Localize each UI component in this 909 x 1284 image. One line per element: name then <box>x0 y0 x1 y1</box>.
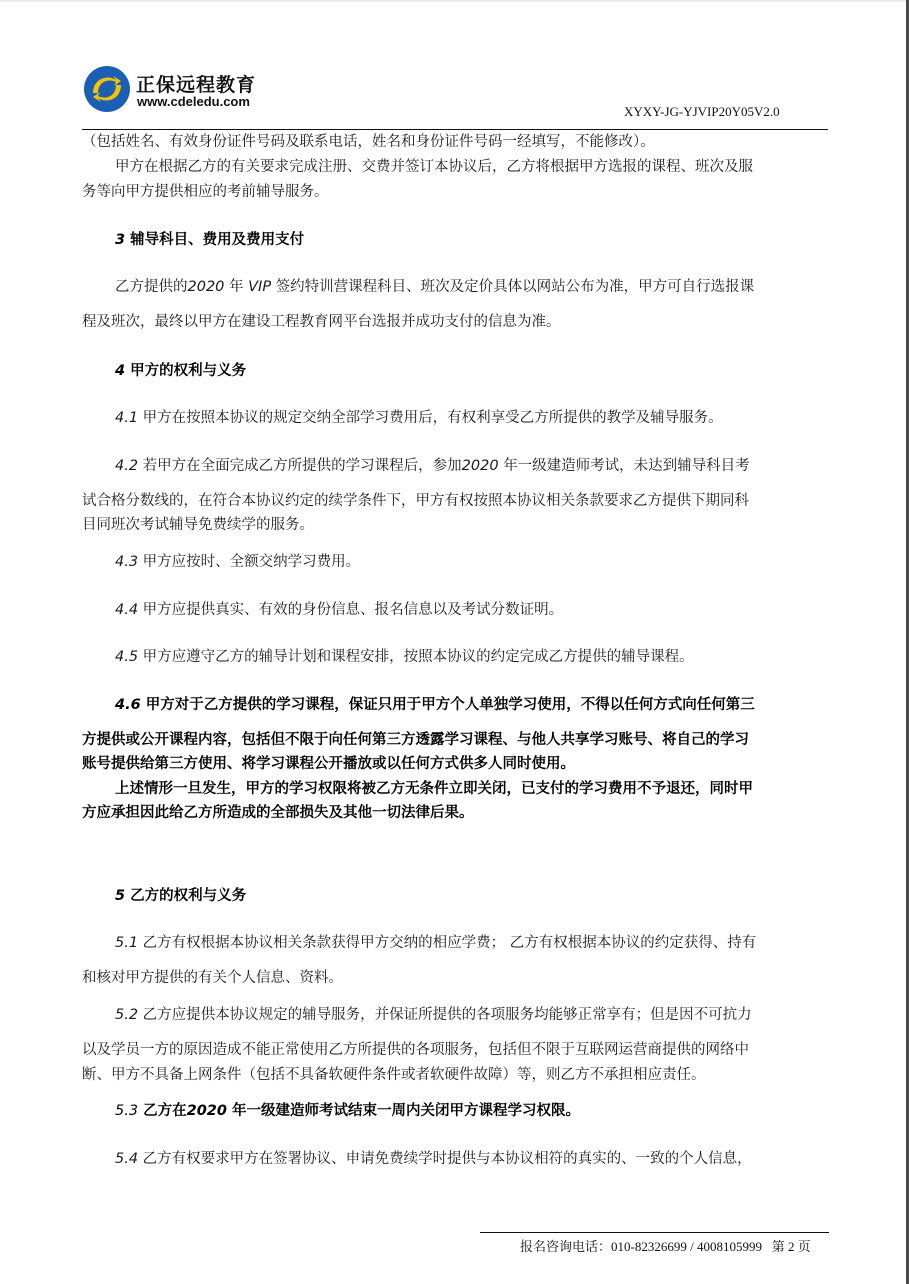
clause-4-2-line-2: 试合格分数线的，在符合本协议约定的续学条件下，甲方有权按照本协议相关条款要求乙方… <box>82 492 749 510</box>
clause-5-4: 5.4 乙方有权要求甲方在签署协议、申请免费续学时提供与本协议相符的真实的、一致… <box>115 1150 752 1168</box>
clause-4-2-line-1: 4.2 若甲方在全面完成乙方所提供的学习课程后，参加2020 年一级建造师考试，… <box>115 457 750 475</box>
section-3-title: 辅导科目、费用及费用支付 <box>130 232 304 248</box>
text-span: 年 <box>229 279 244 295</box>
clause-number: 4.2 <box>115 458 138 474</box>
year-span: 2020 <box>187 1103 227 1119</box>
section-4-title: 甲方的权利与义务 <box>130 363 246 379</box>
clause-4-6-line-2: 方提供或公开课程内容，包括但不限于向任何第三方透露学习课程、与他人共享学习账号、… <box>82 731 749 749</box>
header-divider <box>82 129 828 130</box>
brand-name: 正保远程教育 <box>136 70 256 97</box>
clause-5-1-line-1: 5.1 乙方有权根据本协议相关条款获得甲方交纳的相应学费； 乙方有权根据本协议的… <box>115 934 756 952</box>
vip-span: VIP <box>248 279 271 295</box>
document-code: XYXY-JG-YJVIP20Y05V2.0 <box>624 104 780 120</box>
page-top-strip <box>0 0 906 2</box>
clause-text: 甲方对于乙方提供的学习课程，保证只用于甲方个人单独学习使用，不得以任何方式向任何… <box>146 697 755 713</box>
clause-number: 5.2 <box>115 1007 138 1023</box>
clause-text: 乙方应提供本协议规定的辅导服务，并保证所提供的各项服务均能够正常享有；但是因不可… <box>143 1007 752 1023</box>
clause-5-1-line-2: 和核对甲方提供的有关个人信息、资料。 <box>82 969 343 987</box>
text-span: 乙方提供的 <box>115 279 188 295</box>
brand-url: www.cdeledu.com <box>137 94 250 109</box>
section-3-heading: 3 辅导科目、费用及费用支付 <box>115 231 304 249</box>
clause-5-3: 5.3 乙方在2020 年一级建造师考试结束一周内关闭甲方课程学习权限。 <box>115 1102 580 1120</box>
clause-4-6-line-1: 4.6 甲方对于乙方提供的学习课程，保证只用于甲方个人单独学习使用，不得以任何方… <box>115 696 755 714</box>
clause-text: 甲方应提供真实、有效的身份信息、报名信息以及考试分数证明。 <box>143 602 564 618</box>
section-3-number: 3 <box>115 232 125 248</box>
clause-number: 4.4 <box>115 602 138 618</box>
clause-text: 年一级建造师考试，未达到辅导科目考 <box>503 458 750 474</box>
section-4-number: 4 <box>115 363 125 379</box>
section-5-title: 乙方的权利与义务 <box>130 888 246 904</box>
intro-paragraph-line: （包括姓名、有效身份证件号码及联系电话，姓名和身份证件号码一经填写，不能修改）。 <box>82 133 655 151</box>
clause-number: 4.3 <box>115 554 138 570</box>
cdeledu-logo-icon <box>83 65 131 113</box>
footer-divider <box>480 1232 829 1233</box>
section-3-paragraph-line-2: 程及班次，最终以甲方在建设工程教育网平台选报并成功支付的信息为准。 <box>82 313 561 331</box>
clause-4-5: 4.5 甲方应遵守乙方的辅导计划和课程安排，按照本协议的约定完成乙方提供的辅导课… <box>115 648 694 666</box>
clause-number: 5.1 <box>115 935 138 951</box>
section-5-number: 5 <box>115 888 125 904</box>
clause-5-2-line-1: 5.2 乙方应提供本协议规定的辅导服务，并保证所提供的各项服务均能够正常享有；但… <box>115 1006 752 1024</box>
clause-5-2-line-2: 以及学员一方的原因造成不能正常使用乙方所提供的各项服务，包括但不限于互联网运营商… <box>82 1041 749 1059</box>
year-span: 2020 <box>188 279 225 295</box>
clause-5-2-line-3: 断、甲方不具备上网条件（包括不具备软硬件条件或者软硬件故障）等，则乙方不承担相应… <box>82 1066 706 1084</box>
clause-4-3: 4.3 甲方应按时、全额交纳学习费用。 <box>115 553 360 571</box>
clause-text: 年一级建造师考试结束一周内关闭甲方课程学习权限。 <box>232 1103 580 1119</box>
clause-text: 乙方在 <box>143 1103 187 1119</box>
intro-paragraph-2-line-2: 务等向甲方提供相应的考前辅导服务。 <box>82 183 329 201</box>
year-span: 2020 <box>462 458 499 474</box>
clause-number: 4.6 <box>115 697 141 713</box>
clause-text: 甲方在按照本协议的规定交纳全部学习费用后，有权利享受乙方所提供的教学及辅导服务。 <box>143 410 723 426</box>
clause-4-6-paragraph-2-line-2: 方应承担因此给乙方所造成的全部损失及其他一切法律后果。 <box>82 804 474 822</box>
clause-number: 4.5 <box>115 649 138 665</box>
clause-number: 4.1 <box>115 410 138 426</box>
footer-contact-page: 报名咨询电话：010-82326699 / 4008105999 第 2 页 <box>520 1236 811 1255</box>
clause-4-1: 4.1 甲方在按照本协议的规定交纳全部学习费用后，有权利享受乙方所提供的教学及辅… <box>115 409 723 427</box>
clause-number: 5.4 <box>115 1151 138 1167</box>
section-3-paragraph-line-1: 乙方提供的2020 年 VIP 签约特训营课程科目、班次及定价具体以网站公布为准… <box>115 278 754 296</box>
section-5-heading: 5 乙方的权利与义务 <box>115 887 246 905</box>
clause-text: 若甲方在全面完成乙方所提供的学习课程后，参加 <box>143 458 462 474</box>
text-span: 签约特训营课程科目、班次及定价具体以网站公布为准，甲方可自行选报课 <box>276 279 755 295</box>
clause-text: 甲方应按时、全额交纳学习费用。 <box>143 554 361 570</box>
intro-paragraph-2-line-1: 甲方在根据乙方的有关要求完成注册、交费并签订本协议后，乙方将根据甲方选报的课程、… <box>115 158 753 176</box>
section-4-heading: 4 甲方的权利与义务 <box>115 362 246 380</box>
clause-text: 乙方有权要求甲方在签署协议、申请免费续学时提供与本协议相符的真实的、一致的个人信… <box>143 1151 752 1167</box>
clause-4-4: 4.4 甲方应提供真实、有效的身份信息、报名信息以及考试分数证明。 <box>115 601 563 619</box>
clause-4-2-line-3: 目同班次考试辅导免费续学的服务。 <box>82 516 314 534</box>
clause-text: 甲方应遵守乙方的辅导计划和课程安排，按照本协议的约定完成乙方提供的辅导课程。 <box>143 649 694 665</box>
clause-number: 5.3 <box>115 1103 138 1119</box>
clause-4-6-paragraph-2-line-1: 上述情形一旦发生，甲方的学习权限将被乙方无条件立即关闭，已支付的学习费用不予退还… <box>115 780 753 798</box>
clause-4-6-line-3: 账号提供给第三方使用、将学习课程公开播放或以任何方式供多人同时使用。 <box>82 755 575 773</box>
clause-text: 乙方有权根据本协议相关条款获得甲方交纳的相应学费； 乙方有权根据本协议的约定获得… <box>143 935 757 951</box>
